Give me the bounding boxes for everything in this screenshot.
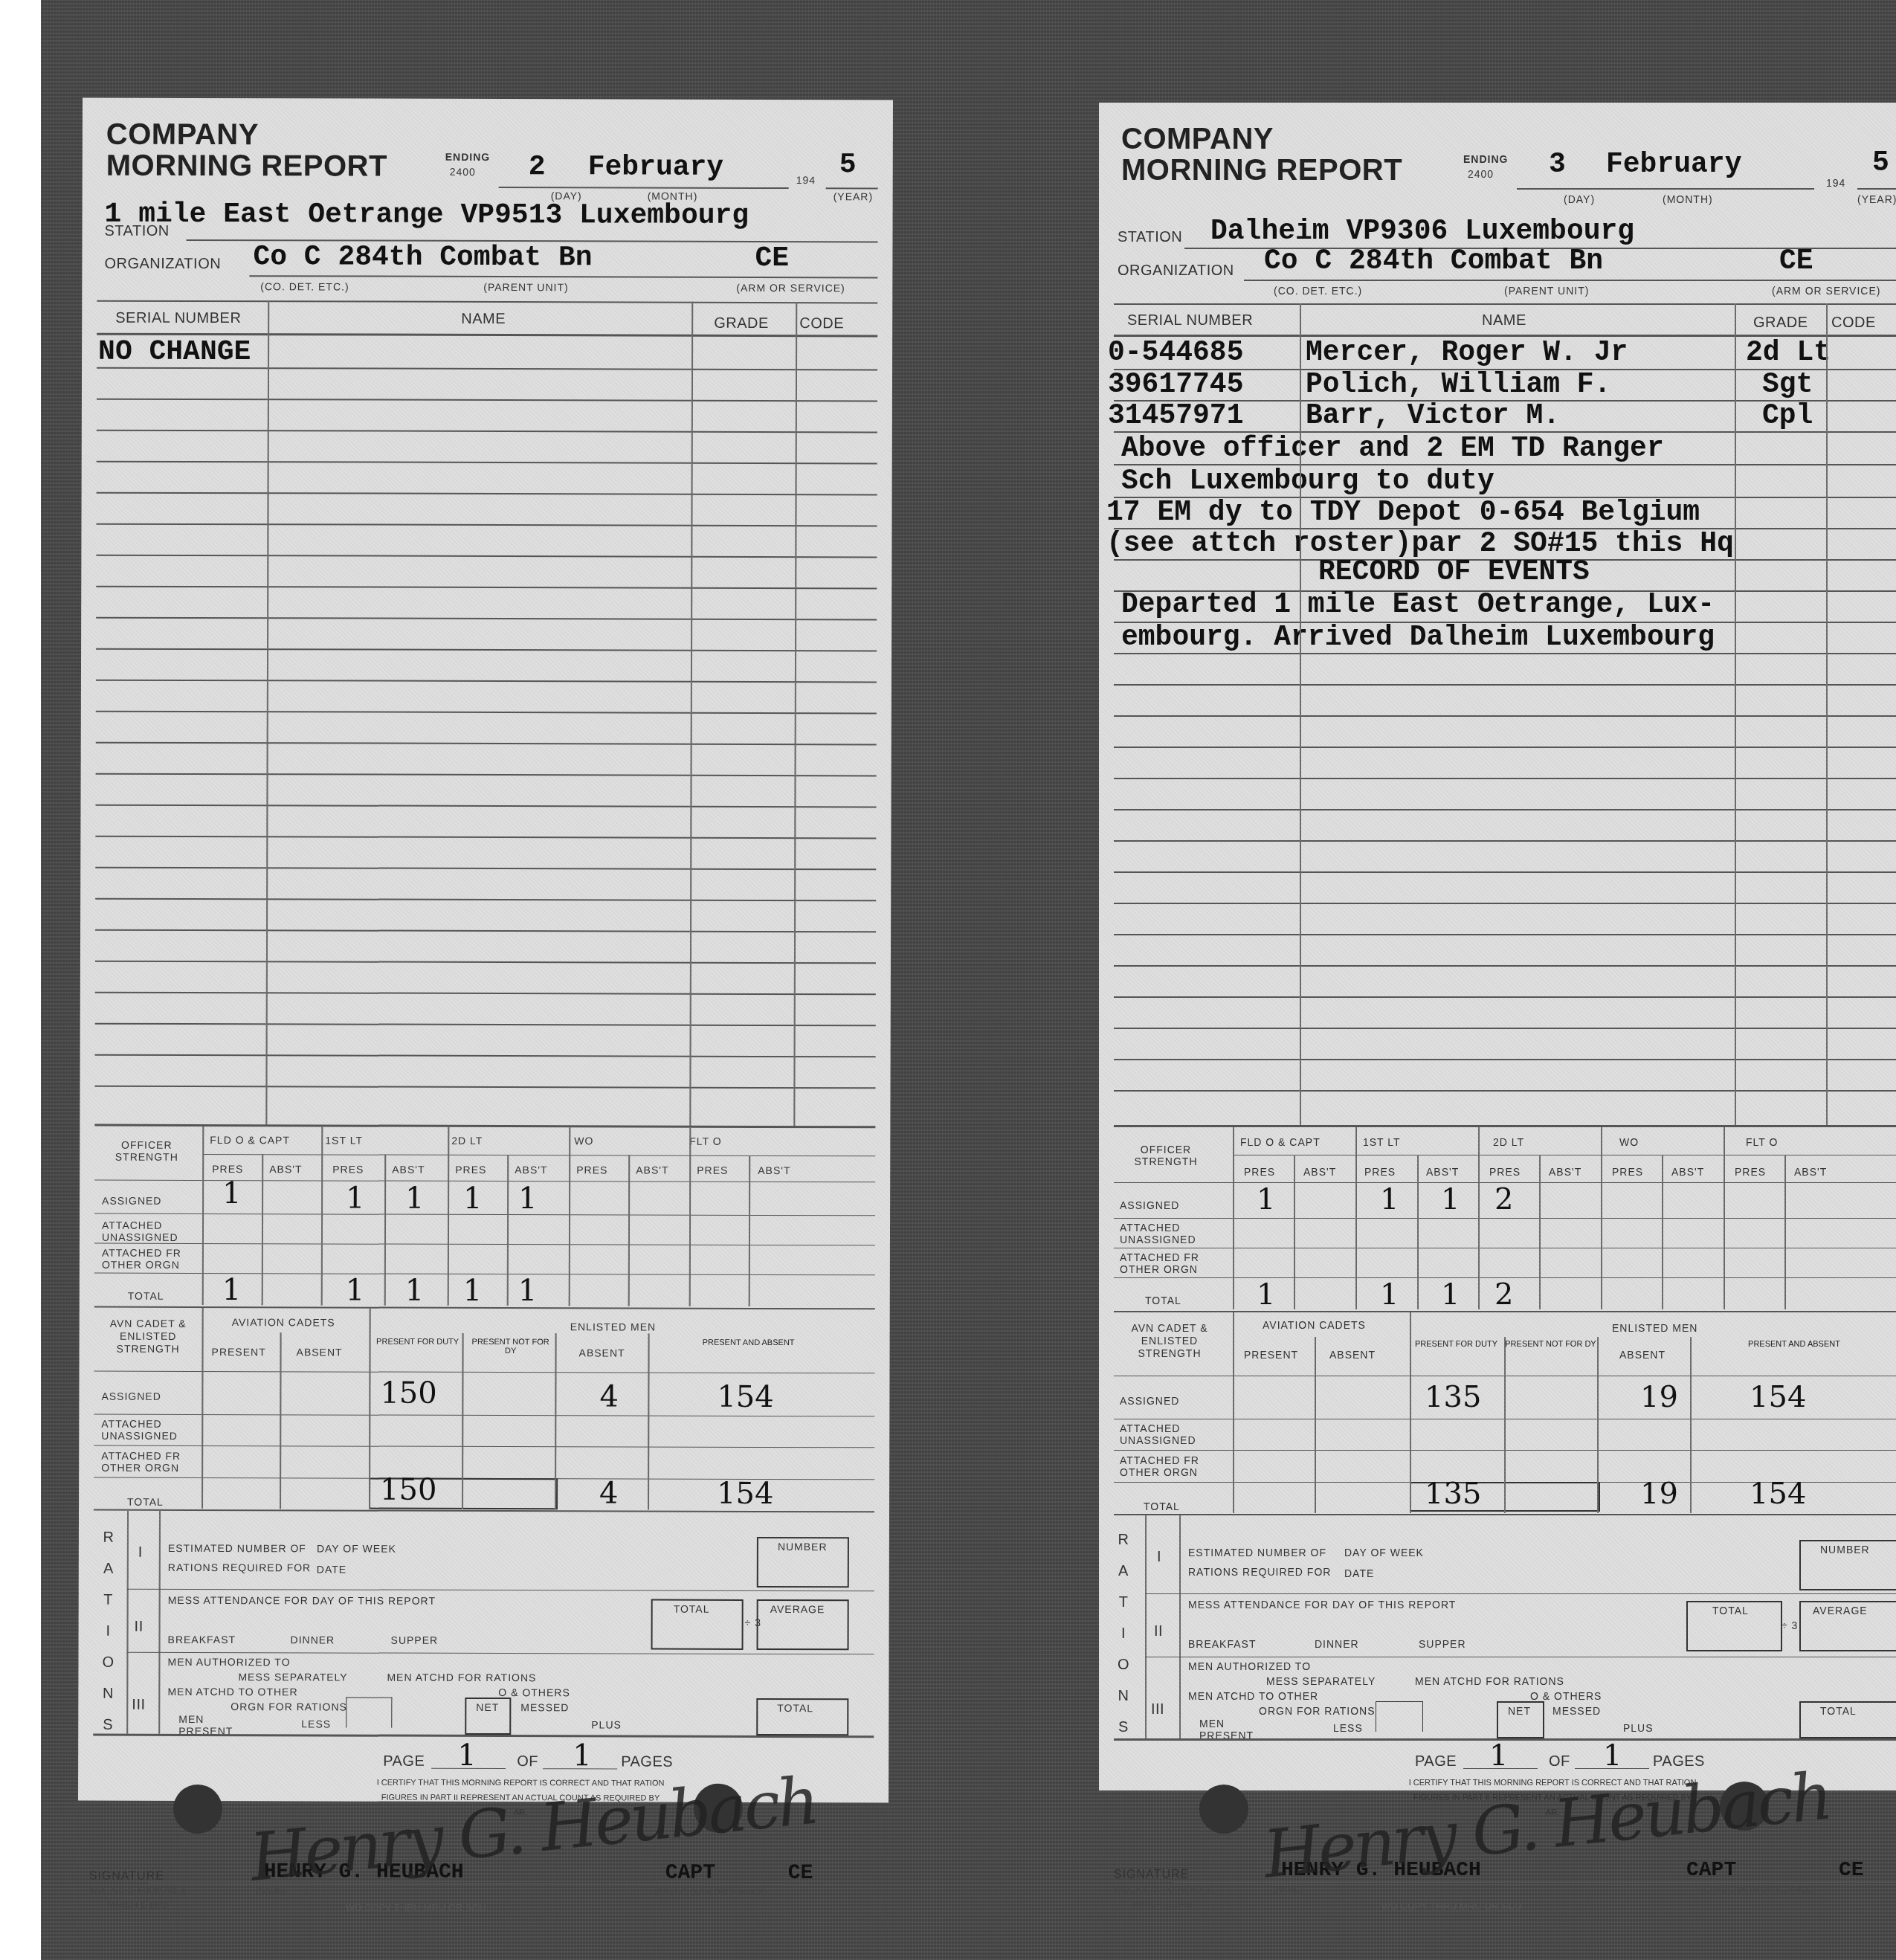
remark-line: 17 EM dy to TDY Depot 0-654 Belgium bbox=[1106, 497, 1700, 529]
arm-caption: (ARM OR SERVICE) bbox=[1772, 285, 1880, 297]
morning-report-card-feb-3: COMPANY MORNING REPORT ENDING 2400 3 Feb… bbox=[1099, 103, 1896, 1790]
plus-label: PLUS bbox=[1623, 1722, 1654, 1734]
page-total: 1 bbox=[1603, 1738, 1622, 1773]
form-number: W.D., A.G.O. FORM NO. 1 bbox=[89, 1886, 186, 1895]
enl-row-attached-unassigned: ATTACHED UNASSIGNED bbox=[101, 1418, 198, 1442]
col-grade: GRADE bbox=[1753, 315, 1808, 332]
mess-separately-label: MESS SEPARATELY bbox=[238, 1671, 347, 1683]
enl-row-attached-unassigned: ATTACHED UNASSIGNED bbox=[1120, 1422, 1224, 1446]
page-number: 1 bbox=[457, 1738, 477, 1773]
ending-time-label: 2400 bbox=[450, 166, 476, 178]
messed-label: MESSED bbox=[520, 1701, 569, 1713]
off-total-1lt-pres: 1 bbox=[1380, 1277, 1399, 1312]
officer-group-2d-lt: 2D LT bbox=[1493, 1136, 1524, 1148]
report-month: February bbox=[588, 151, 724, 183]
pres-label: PRES bbox=[1244, 1166, 1275, 1178]
enl-row-assigned-label: ASSIGNED bbox=[101, 1390, 161, 1402]
co-det-caption: (CO. DET. ETC.) bbox=[1274, 285, 1362, 297]
ending-label: ENDING bbox=[445, 151, 490, 163]
year-prefix: 194 bbox=[796, 174, 816, 186]
officer-group-wo: WO bbox=[574, 1135, 593, 1147]
off-assigned-2lt-pres: 2 bbox=[1494, 1182, 1513, 1216]
ending-label: ENDING bbox=[1463, 153, 1508, 165]
pres-label: PRES bbox=[1489, 1166, 1521, 1178]
net-label: NET bbox=[476, 1701, 499, 1713]
page-total: 1 bbox=[573, 1738, 592, 1773]
enl-total-present-absent: 154 bbox=[717, 1477, 773, 1511]
of-label: OF bbox=[517, 1753, 538, 1770]
arm-value: CE bbox=[755, 242, 789, 274]
col-name: NAME bbox=[461, 311, 506, 328]
row-assigned-label: ASSIGNED bbox=[102, 1195, 161, 1207]
name-caption: (NAME) bbox=[1274, 1886, 1303, 1895]
o-others-label: O & OTHERS bbox=[498, 1686, 570, 1698]
form-date: MARCH 1, 1942 bbox=[108, 1901, 167, 1910]
form-title-morning-report: MORNING REPORT bbox=[1121, 155, 1402, 186]
off-total-fld-pres: 1 bbox=[1257, 1277, 1275, 1312]
enl-total-present-absent: 154 bbox=[1750, 1477, 1806, 1511]
punch-hole-left bbox=[1199, 1785, 1248, 1834]
plus-label: PLUS bbox=[591, 1718, 622, 1730]
abst-label: ABS'T bbox=[1794, 1166, 1827, 1178]
ration-part-iii: III bbox=[132, 1697, 145, 1714]
station-label: STATION bbox=[1118, 229, 1182, 246]
ending-time-label: 2400 bbox=[1468, 168, 1494, 180]
row-total-label: TOTAL bbox=[128, 1290, 164, 1302]
enl-row-total-label: TOTAL bbox=[1144, 1500, 1180, 1512]
remark-line: Above officer and 2 EM TD Ranger bbox=[1121, 433, 1664, 465]
officer-group-flt-o: FLT O bbox=[689, 1135, 721, 1147]
enl-assigned-present-duty: 135 bbox=[1425, 1380, 1481, 1414]
row-attached-fr-label: ATTACHED FR OTHER ORGN bbox=[1120, 1251, 1224, 1275]
form-date: MARCH 1, 1942 bbox=[1132, 1901, 1192, 1909]
cadet-present-label: PRESENT bbox=[212, 1346, 266, 1358]
remark-line: (see attch roster)par 2 SO#15 this Hq bbox=[1106, 528, 1734, 560]
abst-label: ABS'T bbox=[1549, 1166, 1581, 1178]
signer-arm: CE bbox=[1839, 1859, 1864, 1882]
copy-note: WD COPY THRU MRU OR SCU bbox=[346, 1902, 486, 1913]
arm-value: CE bbox=[1779, 245, 1813, 277]
record-of-events-heading: RECORD OF EVENTS bbox=[1318, 556, 1590, 588]
off-total-1lt-pres: 1 bbox=[346, 1274, 365, 1308]
rations-vertical-label: R A T I O N S bbox=[97, 1522, 120, 1741]
abst-label: ABS'T bbox=[1303, 1166, 1336, 1178]
rations-required-label: RATIONS REQUIRED FOR bbox=[1188, 1566, 1331, 1578]
enl-assigned-absent: 19 bbox=[1640, 1380, 1678, 1414]
average-label: AVERAGE bbox=[770, 1603, 825, 1615]
officer-group-wo: WO bbox=[1619, 1136, 1639, 1148]
report-year: 5 bbox=[1872, 147, 1889, 179]
breakfast-label: BREAKFAST bbox=[168, 1634, 236, 1645]
entry-serial: 0-544685 bbox=[1108, 337, 1243, 369]
abst-label: ABS'T bbox=[392, 1164, 425, 1176]
men-atchd-rations-label: MEN ATCHD FOR RATIONS bbox=[1415, 1675, 1564, 1687]
present-not-for-dy-label: PRESENT NOT FOR DY bbox=[1504, 1340, 1597, 1349]
arm-caption: (ARM OR SERVICE) bbox=[736, 282, 845, 294]
less-label: LESS bbox=[1333, 1722, 1363, 1734]
ration-part-ii: II bbox=[1154, 1623, 1163, 1640]
year-caption: (YEAR) bbox=[1857, 193, 1896, 205]
mess-separately-label: MESS SEPARATELY bbox=[1266, 1675, 1376, 1687]
enl-assigned-present-duty: 150 bbox=[380, 1376, 436, 1411]
aviation-cadets-label: AVIATION CADETS bbox=[232, 1316, 335, 1328]
men-authorized-label: MEN AUTHORIZED TO bbox=[167, 1656, 290, 1668]
off-assigned-fld-pres: 1 bbox=[1257, 1182, 1275, 1216]
abst-label: ABS'T bbox=[269, 1163, 302, 1175]
report-day: 3 bbox=[1549, 149, 1566, 181]
form-title-company: COMPANY bbox=[1121, 123, 1274, 155]
pres-label: PRES bbox=[576, 1164, 607, 1176]
avn-cadet-label: AVN CADET & ENLISTED STRENGTH bbox=[98, 1318, 199, 1355]
signature-label: SIGNATURE bbox=[89, 1870, 164, 1883]
rations-total-label: TOTAL bbox=[777, 1702, 813, 1714]
organization-value: Co C 284th Combat Bn bbox=[253, 241, 592, 274]
col-grade: GRADE bbox=[714, 315, 769, 332]
enl-total-present-duty: 135 bbox=[1425, 1477, 1481, 1511]
mess-attendance-label: MESS ATTENDANCE FOR DAY OF THIS REPORT bbox=[1188, 1599, 1456, 1611]
off-assigned-1lt-pres: 1 bbox=[1380, 1182, 1399, 1216]
off-total-2lt-pres: 1 bbox=[463, 1274, 483, 1308]
men-atchd-other-label: MEN ATCHD TO OTHER bbox=[1188, 1690, 1318, 1702]
off-assigned-1lt-abst: 1 bbox=[405, 1182, 425, 1216]
enlisted-absent-label: ABSENT bbox=[1619, 1349, 1666, 1361]
form-number: W.D., A.G.O. FORM NO. 1 bbox=[1114, 1886, 1210, 1895]
punch-hole-left bbox=[173, 1785, 222, 1834]
off-total-fld-pres: 1 bbox=[222, 1273, 242, 1307]
rations-required-label: RATIONS REQUIRED FOR bbox=[168, 1561, 311, 1574]
enlisted-absent-label: ABSENT bbox=[579, 1347, 625, 1358]
rations-vertical-label: R A T I O N S bbox=[1112, 1524, 1135, 1743]
enlisted-men-label: ENLISTED MEN bbox=[1612, 1322, 1697, 1334]
officer-group-fld: FLD O & CAPT bbox=[210, 1134, 290, 1146]
dinner-label: DINNER bbox=[1315, 1638, 1359, 1650]
cadet-present-label: PRESENT bbox=[1244, 1349, 1298, 1361]
enl-total-absent: 4 bbox=[599, 1476, 619, 1510]
pres-label: PRES bbox=[1612, 1166, 1643, 1178]
remark-line: Departed 1 mile East Oetrange, Lux- bbox=[1121, 589, 1715, 621]
station-value: Dalheim VP9306 Luxembourg bbox=[1210, 216, 1634, 248]
divide-by-label: ÷ 3 bbox=[1781, 1619, 1798, 1631]
col-name: NAME bbox=[1482, 312, 1526, 329]
col-code: CODE bbox=[799, 315, 844, 332]
mess-total-label: TOTAL bbox=[1712, 1605, 1749, 1616]
co-det-caption: (CO. DET. ETC.) bbox=[260, 280, 349, 292]
off-total-2lt-pres: 2 bbox=[1494, 1277, 1513, 1312]
ration-part-iii: III bbox=[1151, 1701, 1164, 1718]
grade-arm-caption: (GRADE) (ARM OR SERVICE) bbox=[654, 1888, 767, 1897]
date-label: DATE bbox=[317, 1563, 346, 1575]
officer-group-flt-o: FLT O bbox=[1746, 1136, 1778, 1148]
row-assigned-label: ASSIGNED bbox=[1120, 1199, 1179, 1211]
off-total-1lt-abst: 1 bbox=[405, 1274, 425, 1308]
off-assigned-1lt-abst: 1 bbox=[1441, 1182, 1460, 1216]
organization-value: Co C 284th Combat Bn bbox=[1264, 245, 1603, 277]
off-total-1lt-abst: 1 bbox=[1441, 1277, 1460, 1312]
month-caption: (MONTH) bbox=[1663, 193, 1713, 205]
present-and-absent-label: PRESENT AND ABSENT bbox=[697, 1338, 801, 1347]
officer-strength-label: OFFICER STRENGTH bbox=[1118, 1144, 1214, 1167]
organization-label: ORGANIZATION bbox=[104, 256, 221, 273]
off-assigned-2lt-abst: 1 bbox=[518, 1182, 538, 1216]
parent-unit-caption: (PARENT UNIT) bbox=[483, 281, 568, 293]
pres-label: PRES bbox=[1364, 1166, 1396, 1178]
entry-name: Barr, Victor M. bbox=[1306, 400, 1560, 432]
day-of-week-label: DAY OF WEEK bbox=[317, 1542, 396, 1554]
less-label: LESS bbox=[301, 1718, 331, 1729]
off-assigned-2lt-pres: 1 bbox=[463, 1182, 483, 1216]
entry-grade: Cpl bbox=[1762, 400, 1813, 432]
off-assigned-1lt-pres: 1 bbox=[346, 1182, 365, 1216]
men-authorized-label: MEN AUTHORIZED TO bbox=[1188, 1660, 1311, 1672]
off-assigned-fld-pres: 1 bbox=[222, 1176, 242, 1211]
supper-label: SUPPER bbox=[1419, 1638, 1466, 1650]
mess-attendance-label: MESS ATTENDANCE FOR DAY OF THIS REPORT bbox=[168, 1594, 436, 1607]
col-serial-number: SERIAL NUMBER bbox=[1127, 312, 1253, 329]
enl-assigned-present-absent: 154 bbox=[717, 1380, 773, 1414]
entry-grade: Sgt bbox=[1762, 369, 1813, 401]
enl-assigned-absent: 4 bbox=[599, 1379, 619, 1413]
messed-label: MESSED bbox=[1552, 1705, 1601, 1717]
rations-total-label: TOTAL bbox=[1820, 1705, 1857, 1717]
day-caption: (DAY) bbox=[1564, 193, 1595, 205]
pres-label: PRES bbox=[212, 1163, 243, 1175]
enl-total-absent: 19 bbox=[1640, 1477, 1678, 1511]
average-label: AVERAGE bbox=[1813, 1605, 1868, 1616]
year-caption: (YEAR) bbox=[833, 190, 873, 202]
pres-label: PRES bbox=[332, 1163, 364, 1175]
pages-label: PAGES bbox=[1653, 1753, 1705, 1770]
abst-label: ABS'T bbox=[1671, 1166, 1704, 1178]
pages-label: PAGES bbox=[621, 1753, 673, 1770]
enl-assigned-present-absent: 154 bbox=[1750, 1380, 1806, 1414]
station-label: STATION bbox=[104, 223, 169, 240]
enl-row-assigned-label: ASSIGNED bbox=[1120, 1395, 1179, 1407]
officer-group-fld: FLD O & CAPT bbox=[1240, 1136, 1321, 1148]
row-attached-unassigned-label: ATTACHED UNASSIGNED bbox=[1120, 1222, 1224, 1245]
abst-label: ABS'T bbox=[758, 1164, 790, 1176]
present-and-absent-label: PRESENT AND ABSENT bbox=[1738, 1340, 1850, 1349]
page-number: 1 bbox=[1489, 1738, 1508, 1773]
enl-row-attached-fr: ATTACHED FR OTHER ORGN bbox=[1120, 1454, 1224, 1478]
report-year: 5 bbox=[839, 149, 857, 181]
cadet-absent-label: ABSENT bbox=[1329, 1349, 1376, 1361]
dinner-label: DINNER bbox=[291, 1634, 335, 1645]
entry-name: Mercer, Roger W. Jr bbox=[1306, 337, 1628, 369]
ration-part-i: I bbox=[138, 1544, 143, 1561]
present-not-for-dy-label: PRESENT NOT FOR DY bbox=[466, 1338, 555, 1355]
remark-line: Sch Luxembourg to duty bbox=[1121, 465, 1494, 497]
enl-row-attached-fr: ATTACHED FR OTHER ORGN bbox=[101, 1450, 198, 1474]
copy-note: WD COPY THRU MRU OR SCU bbox=[1381, 1901, 1522, 1912]
morning-report-card-feb-2: COMPANY MORNING REPORT ENDING 2400 2 Feb… bbox=[78, 98, 893, 1803]
form-title-morning-report: MORNING REPORT bbox=[106, 150, 387, 182]
page-label: PAGE bbox=[383, 1753, 425, 1770]
row-attached-fr-label: ATTACHED FR OTHER ORGN bbox=[102, 1247, 199, 1271]
entry-serial: NO CHANGE bbox=[98, 336, 251, 369]
mess-total-label: TOTAL bbox=[674, 1603, 710, 1615]
signer-grade: CAPT bbox=[665, 1862, 715, 1885]
orgn-for-rations-label: ORGN FOR RATIONS bbox=[230, 1701, 347, 1712]
entry-grade: 2d Lt bbox=[1746, 337, 1831, 369]
date-label: DATE bbox=[1344, 1567, 1374, 1579]
col-serial-number: SERIAL NUMBER bbox=[115, 310, 241, 327]
name-caption: (NAME) bbox=[257, 1886, 286, 1895]
estimated-number-label: ESTIMATED NUMBER OF bbox=[1188, 1547, 1326, 1558]
enl-row-total-label: TOTAL bbox=[127, 1496, 164, 1508]
enlisted-men-label: ENLISTED MEN bbox=[570, 1321, 657, 1332]
signature-label: SIGNATURE bbox=[1114, 1869, 1189, 1882]
report-day: 2 bbox=[529, 151, 546, 183]
report-month: February bbox=[1606, 149, 1741, 181]
ration-part-ii: II bbox=[135, 1619, 144, 1636]
form-title-company: COMPANY bbox=[106, 119, 259, 151]
ration-part-i: I bbox=[1157, 1549, 1161, 1566]
men-atchd-other-label: MEN ATCHD TO OTHER bbox=[167, 1686, 297, 1698]
entry-serial: 39617745 bbox=[1108, 369, 1243, 401]
col-code: CODE bbox=[1831, 315, 1876, 332]
station-value: 1 mile East Oetrange VP9513 Luxembourg bbox=[105, 199, 749, 232]
abst-label: ABS'T bbox=[636, 1164, 668, 1176]
off-total-2lt-abst: 1 bbox=[518, 1274, 538, 1308]
aviation-cadets-label: AVIATION CADETS bbox=[1263, 1319, 1366, 1331]
officer-group-1st-lt: 1ST LT bbox=[325, 1134, 363, 1146]
number-label: NUMBER bbox=[778, 1541, 828, 1553]
present-for-duty-label: PRESENT FOR DUTY bbox=[1410, 1340, 1503, 1349]
signer-arm: CE bbox=[788, 1862, 813, 1885]
year-prefix: 194 bbox=[1826, 177, 1845, 189]
avn-cadet-label: AVN CADET & ENLISTED STRENGTH bbox=[1114, 1322, 1225, 1360]
orgn-for-rations-label: ORGN FOR RATIONS bbox=[1259, 1705, 1376, 1717]
officer-group-1st-lt: 1ST LT bbox=[1363, 1136, 1401, 1148]
grade-arm-caption: (GRADE) (ARM OR SERVICE) bbox=[1701, 1886, 1814, 1895]
abst-label: ABS'T bbox=[515, 1164, 547, 1176]
pres-label: PRES bbox=[1735, 1166, 1766, 1178]
cadet-absent-label: ABSENT bbox=[297, 1346, 343, 1358]
o-others-label: O & OTHERS bbox=[1530, 1690, 1602, 1702]
officer-strength-label: OFFICER STRENGTH bbox=[102, 1139, 191, 1163]
signer-grade: CAPT bbox=[1686, 1859, 1736, 1882]
entry-serial: 31457971 bbox=[1108, 400, 1243, 432]
men-present-box bbox=[346, 1698, 392, 1728]
abst-label: ABS'T bbox=[1426, 1166, 1459, 1178]
day-of-week-label: DAY OF WEEK bbox=[1344, 1547, 1424, 1558]
remark-line: embourg. Arrived Dalheim Luxembourg bbox=[1121, 622, 1715, 654]
estimated-number-label: ESTIMATED NUMBER OF bbox=[168, 1542, 306, 1554]
officer-group-2d-lt: 2D LT bbox=[451, 1135, 483, 1147]
net-label: NET bbox=[1508, 1705, 1531, 1717]
enl-total-present-duty: 150 bbox=[380, 1473, 436, 1507]
men-present-box bbox=[1376, 1701, 1423, 1732]
pres-label: PRES bbox=[697, 1164, 728, 1176]
men-atchd-rations-label: MEN ATCHD FOR RATIONS bbox=[387, 1672, 536, 1684]
supper-label: SUPPER bbox=[391, 1634, 439, 1646]
of-label: OF bbox=[1549, 1753, 1570, 1770]
page-label: PAGE bbox=[1415, 1753, 1457, 1770]
number-label: NUMBER bbox=[1820, 1544, 1870, 1556]
pres-label: PRES bbox=[455, 1164, 486, 1176]
row-total-label: TOTAL bbox=[1145, 1295, 1181, 1306]
breakfast-label: BREAKFAST bbox=[1188, 1638, 1256, 1650]
organization-label: ORGANIZATION bbox=[1118, 262, 1234, 280]
parent-unit-caption: (PARENT UNIT) bbox=[1504, 285, 1589, 297]
entry-name: Polich, William F. bbox=[1306, 369, 1610, 401]
row-attached-unassigned-label: ATTACHED UNASSIGNED bbox=[102, 1219, 199, 1243]
present-for-duty-label: PRESENT FOR DUTY bbox=[373, 1338, 462, 1347]
